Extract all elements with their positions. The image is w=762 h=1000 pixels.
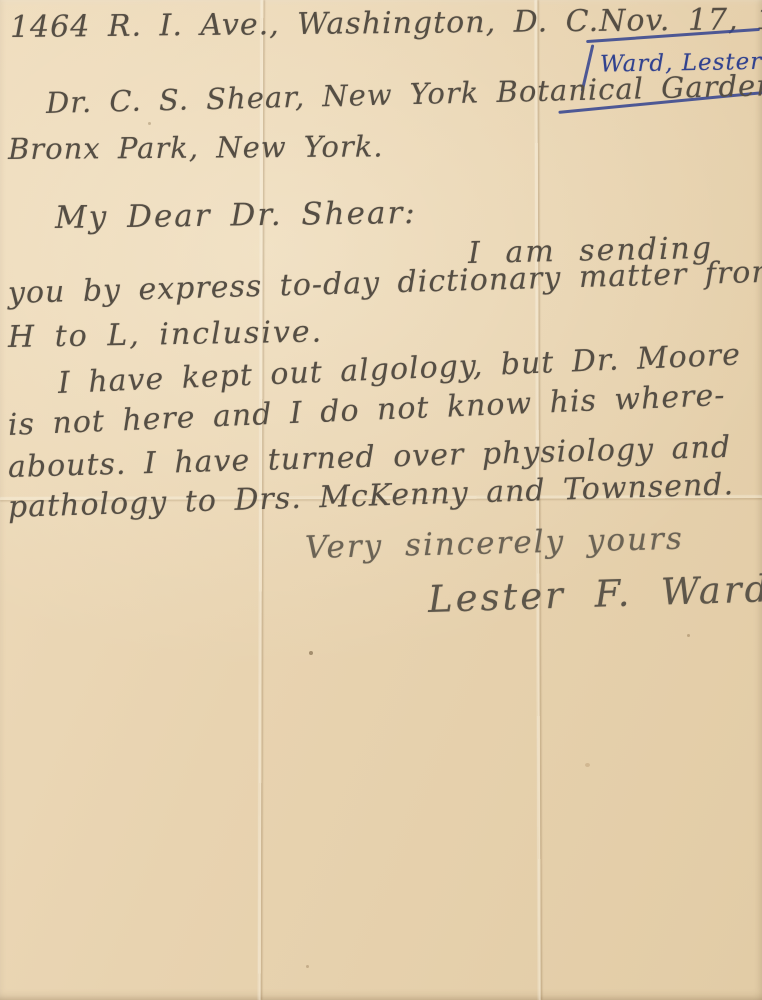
letter-scan: 1464 R. I. Ave., Washington, D. C. Nov. … xyxy=(0,0,762,1000)
recipient-institution: Botanical Garden, xyxy=(496,68,762,109)
paper-speck xyxy=(687,634,690,637)
paper-speck xyxy=(306,965,309,968)
salutation: My Dear Dr. Shear: xyxy=(55,195,417,236)
paper-speck xyxy=(309,651,313,655)
heading-line: 1464 R. I. Ave., Washington, D. C. Nov. … xyxy=(10,2,758,45)
closing: Very sincerely yours xyxy=(305,521,685,566)
paper-speck xyxy=(148,122,151,125)
recipient-line-1: Dr. C. S. Shear, New York Botanical Gard… xyxy=(46,68,762,120)
signature: Lester F. Ward xyxy=(427,567,762,621)
sender-address: 1464 R. I. Ave., Washington, D. C. xyxy=(10,4,600,45)
recipient-name: Dr. C. S. Shear, New York xyxy=(46,75,497,120)
paper-speck xyxy=(585,763,590,767)
body-line: you by express to-day dictionary matter … xyxy=(8,254,762,311)
body-line: H to L, inclusive. xyxy=(8,315,324,355)
recipient-line-2: Bronx Park, New York. xyxy=(8,129,384,166)
